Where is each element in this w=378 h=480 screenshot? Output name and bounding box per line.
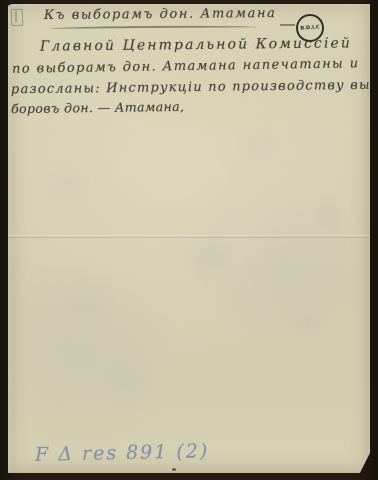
- paper-speck: [172, 468, 176, 471]
- shelfmark-notation: F Δ res 891 (2): [35, 440, 210, 466]
- document-title: Къ выборамъ дон. Атамана: [44, 6, 277, 23]
- scanned-page: Къ выборамъ дон. Атамана B.D.I.C Главной…: [0, 0, 378, 480]
- corner-pencil-mark: [11, 9, 24, 26]
- underline-dash: [280, 24, 295, 26]
- stamp-label: B.D.I.C: [300, 24, 320, 31]
- fold-crease: [8, 235, 370, 239]
- body-line: Главной Центральной Комиссіей: [40, 35, 352, 54]
- body-line: боровъ дон. — Атамана,: [11, 99, 185, 116]
- manuscript-paper: Къ выборамъ дон. Атамана B.D.I.C Главной…: [8, 4, 370, 473]
